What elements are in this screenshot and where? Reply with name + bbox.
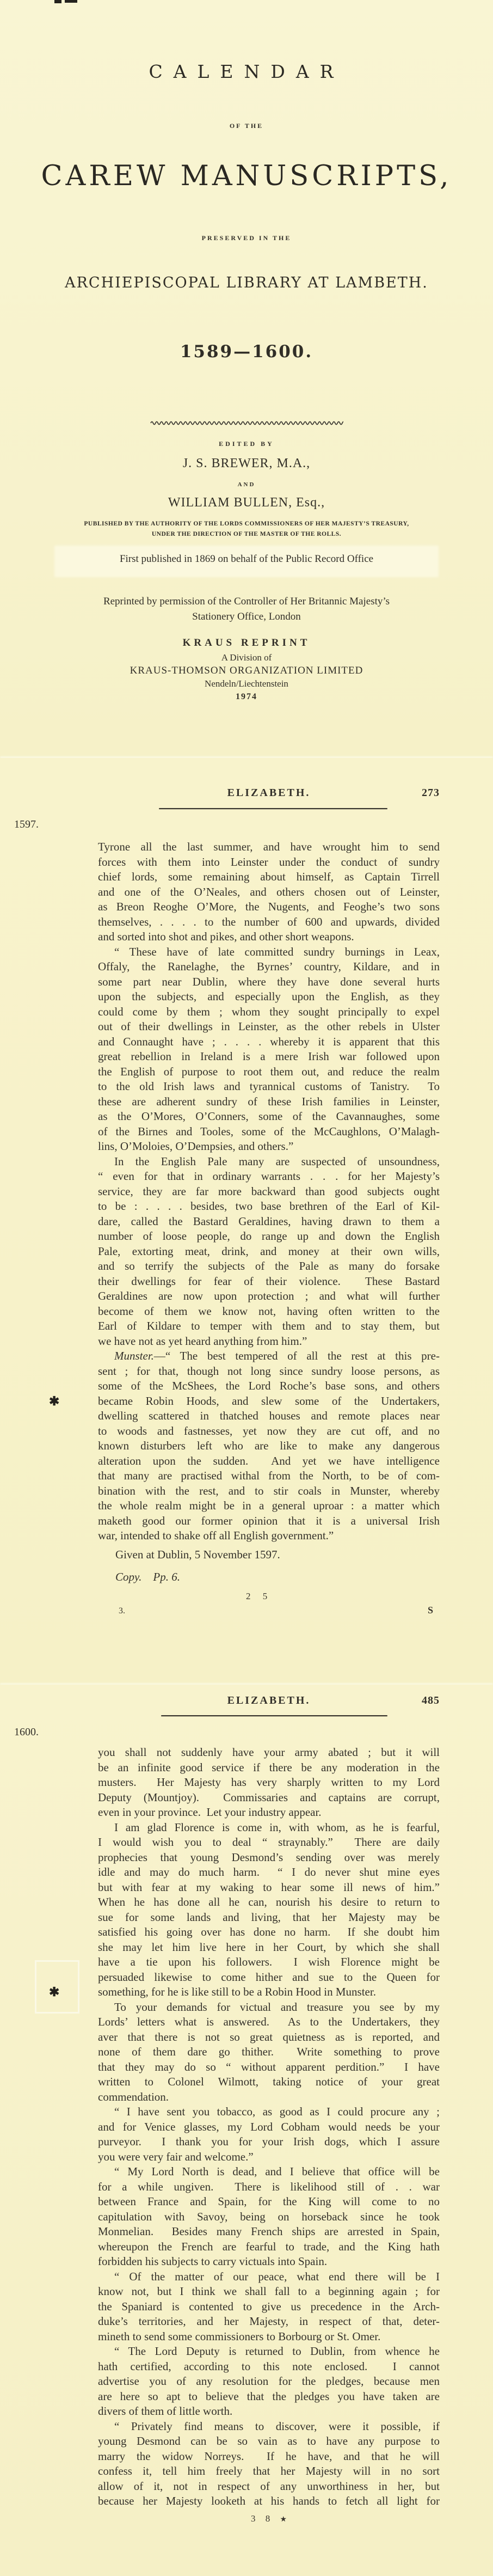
text-line: lins, O’Moloies, O’Dempsies, and others.… (98, 1139, 440, 1154)
edited-by-label: EDITED BY (0, 440, 493, 448)
text-line: to the old Irish laws and tyrannical cus… (98, 1079, 440, 1094)
italic-place-label: Munster. (114, 1349, 154, 1362)
scan-artifact (54, 0, 61, 3)
text-line: out of their dwellings in Leinster, as t… (98, 1019, 440, 1035)
text-line: purveyor. I thank you for your Irish dog… (98, 2134, 440, 2150)
text-line: Lords’ letters what is answered. As to t… (98, 2015, 440, 2030)
text-line: duke’s territories, and her Majesty, in … (98, 2314, 440, 2329)
text-line: you shall not suddenly have your army ab… (98, 1745, 440, 1760)
kraus-reprint-imprint: KRAUS REPRINT (0, 637, 493, 649)
signature-numbers: 3 8 (251, 2513, 274, 2524)
text-line: To your demands for victual and treasure… (98, 2000, 440, 2015)
text-line: dwelling scattered in thatched houses an… (98, 1409, 440, 1424)
text-line: and for Venice glasses, my Lord Cobham w… (98, 2120, 440, 2135)
date-range: 1589—1600. (0, 342, 493, 362)
margin-year: 1600. (14, 1726, 39, 1739)
text-line: marry the widow Norreys. If he have, and… (98, 2449, 440, 2464)
first-published-note: First published in 1869 on behalf of the… (0, 553, 493, 565)
margin-year: 1597. (14, 818, 39, 831)
text-line: some of the McShees, the Lord Roche’s ba… (98, 1379, 440, 1394)
text-line: written to Colonel Wilmott, taking notic… (98, 2075, 440, 2090)
text-line: are here so apt to believe that the pled… (98, 2389, 440, 2404)
text-line: and Connaught have ; . . . . whereby it … (98, 1035, 440, 1050)
text-line: “ Privately find means to discover, were… (98, 2419, 440, 2434)
text-line: known disturbers left who are like to ma… (98, 1439, 440, 1454)
signature-mark: 3 8 ★ (98, 2513, 440, 2524)
text-line: because her Majesty looketh at his hands… (98, 2494, 440, 2509)
text-line: to woods and fastnesses, yet now they ar… (98, 1424, 440, 1439)
and-label: AND (0, 481, 493, 488)
authority-statement-line2: UNDER THE DIRECTION OF THE MASTER OF THE… (0, 531, 493, 537)
squiggle-divider (150, 420, 343, 426)
text-line: advertise you of any resolution for the … (98, 2374, 440, 2389)
page-number: 273 (422, 787, 440, 799)
of-the-label: OF THE (0, 122, 493, 130)
text-line: Munster.—“ The best tempered of all the … (98, 1349, 440, 1364)
text-line: maketh good our former opinion that it i… (98, 1514, 440, 1529)
text-line: become of them we know not, having often… (98, 1304, 440, 1319)
text-line: know not, but I think we shall fall to a… (98, 2284, 440, 2299)
page-273: ELIZABETH. 273 1597. Tyrone all the last… (0, 758, 493, 1685)
text-line: hath certified, according to this note e… (98, 2359, 440, 2375)
reprint-year: 1974 (0, 692, 493, 702)
book-title-line2: CAREW MANUSCRIPTS, (0, 160, 493, 192)
scanned-book-page: CALENDAR OF THE CAREW MANUSCRIPTS, PRESE… (0, 0, 493, 2576)
text-line: that they may do so “ without apparent p… (98, 2060, 440, 2075)
text-line: musters. Her Majesty has very sharply wr… (98, 1775, 440, 1790)
editor-bullen: WILLIAM BULLEN, Esq., (0, 495, 493, 510)
text-line: forbidden his subjects to carry victuals… (98, 2254, 440, 2269)
library-name: ARCHIEPISCOPAL LIBRARY AT LAMBETH. (0, 274, 493, 291)
text-line: even in your province. Let your industry… (98, 1805, 440, 1820)
text-line: you were very fair and welcome.” (98, 2150, 440, 2165)
text-line: commendation. (98, 2090, 440, 2105)
text-line: mineth to send some commissioners to Bor… (98, 2329, 440, 2345)
margin-asterisk-icon: ✱ (49, 1394, 59, 1409)
signature-mark-center: 2 5 (246, 1591, 272, 1602)
text-line: capitulation with Savoy, being on horseb… (98, 2210, 440, 2225)
text-line: she may let him live here in her Court, … (98, 1940, 440, 1955)
text-line: Geraldines are now upon protection ; and… (98, 1289, 440, 1304)
reprint-permission-line1: Reprinted by permission of the Controlle… (0, 596, 493, 608)
text-line: I am glad Florence is come in, with whom… (98, 1820, 440, 1835)
text-line: “ These have of late committed sundry bu… (98, 945, 440, 960)
text-line: idle and may do much harm. “ I do never … (98, 1865, 440, 1880)
organization-name: KRAUS-THOMSON ORGANIZATION LIMITED (0, 665, 493, 677)
text-line: service, they are far more backward than… (98, 1184, 440, 1200)
imprint-location: Nendeln/Liechtenstein (0, 678, 493, 689)
text-line: that many are practised withal from the … (98, 1468, 440, 1484)
text-line: for a while ungiven. There is likelihood… (98, 2180, 440, 2195)
division-of-label: A Division of (0, 652, 493, 663)
text-line: aver that there is not so great quietnes… (98, 2030, 440, 2045)
preserved-in-the-label: PRESERVED IN THE (0, 234, 493, 242)
text-line: the whole realm might be in a general up… (98, 1498, 440, 1514)
text-line: have a tie upon his followers. I wish Fl… (98, 1955, 440, 1970)
signature-star-icon: ★ (280, 2516, 287, 2524)
text-line: In the English Pale many are suspected o… (98, 1154, 440, 1170)
text-line: young Desmond can be so vain as to have … (98, 2434, 440, 2449)
text-line: satisfied his going over has done no har… (98, 1925, 440, 1940)
text-line: “ Of the matter of our peace, what end t… (98, 2269, 440, 2285)
source-note: Copy. Pp. 6. (98, 1570, 440, 1585)
text-line: sent ; for that, though not long since s… (98, 1364, 440, 1379)
text-line: and sorted into shot and pikes, and othe… (98, 929, 440, 945)
text-line: bination with the rest, and to stir coal… (98, 1484, 440, 1499)
text-line: these are adherent sundry of these Irish… (98, 1094, 440, 1110)
text-line: great rebellion in Ireland is a mere Iri… (98, 1049, 440, 1064)
text-line: forces with them into Leinster under the… (98, 855, 440, 870)
text-line: Earl of Kildare to temper with them and … (98, 1319, 440, 1334)
text-line: we have not as yet heard anything from h… (98, 1334, 440, 1349)
text-line: to be : . . . . besides, two base brethr… (98, 1199, 440, 1214)
text-line: number of loose people, do range up and … (98, 1229, 440, 1244)
dateline-block: Given at Dublin, 5 November 1597. Copy. … (98, 1544, 440, 1585)
text-line: something, for he is like still to be a … (98, 1985, 440, 2000)
text-line: Deputy (Mountjoy). Commissaries and capt… (98, 1790, 440, 1806)
text-line: but with fear at my waking to hear some … (98, 1880, 440, 1895)
text-line: “ The Lord Deputy is returned to Dublin,… (98, 2344, 440, 2359)
text-line: dare, called the Bastard Geraldines, hav… (98, 1214, 440, 1229)
dateline: Given at Dublin, 5 November 1597. (98, 1547, 440, 1563)
text-line: as Breon Reoghe O’More, the Nugents, and… (98, 900, 440, 915)
text-line: When he has done all he can, nourish his… (98, 1895, 440, 1910)
text-line: none of them dare go thither. Write some… (98, 2045, 440, 2060)
text-line: I would wish you to deal “ straynably.” … (98, 1835, 440, 1850)
scan-artifact (65, 0, 77, 3)
page-485: ELIZABETH. 485 1600. you shall not sudde… (0, 1685, 493, 2576)
text-line: the Spaniard is contented to give us pre… (98, 2299, 440, 2315)
text-line: whereupon the French are fearful to trad… (98, 2240, 440, 2255)
text-line: and so terrify the subjects of the Pale … (98, 1259, 440, 1274)
reprint-permission-line2: Stationery Office, London (0, 611, 493, 623)
page-number: 485 (422, 1694, 440, 1707)
text-line: their dwellings for fear of their violen… (98, 1274, 440, 1289)
header-rule (159, 808, 387, 809)
text-line: “ I have sent you tobacco, as good as I … (98, 2104, 440, 2120)
header-rule (161, 1715, 387, 1716)
running-head: ELIZABETH. (98, 787, 440, 799)
text-line: sue for some lands and living, that her … (98, 1910, 440, 1925)
text-line: war, intended to shake off all English g… (98, 1528, 440, 1544)
text-line: some part near Dublin, where they have d… (98, 975, 440, 990)
text-line: themselves, . . . . to the number of 600… (98, 915, 440, 930)
text-line: prophecies that young Desmond’s sending … (98, 1850, 440, 1865)
text-line: Tyrone all the last summer, and have wro… (98, 840, 440, 855)
text-line: alteration upon the sudden. And yet we h… (98, 1454, 440, 1469)
text-line: be an infinite good service if there be … (98, 1760, 440, 1776)
editor-brewer: J. S. BREWER, M.A., (0, 456, 493, 471)
signature-mark-right: S (428, 1605, 433, 1616)
scan-artifact-box (35, 1960, 79, 2014)
text-line: upon the subjects, and especially upon t… (98, 989, 440, 1005)
signature-mark-left: 3. (119, 1606, 125, 1616)
body-text: Tyrone all the last summer, and have wro… (98, 840, 440, 1544)
text-line: between France and Spain, for the King w… (98, 2194, 440, 2210)
text-line: divers of them of little worth. (98, 2404, 440, 2419)
book-title-line1: CALENDAR (0, 61, 493, 82)
text-line: chief lords, some remaining about himsel… (98, 870, 440, 885)
text-line: persuaded likewise to come hither and su… (98, 1970, 440, 1985)
text-line: as the O’Mores, O’Conners, some of the C… (98, 1109, 440, 1124)
text-line: Offaly, the Ranelaghe, the Byrnes’ count… (98, 959, 440, 975)
running-head: ELIZABETH. (98, 1694, 440, 1707)
text-line: of the Birnes and Tooles, some of the Mc… (98, 1124, 440, 1140)
title-page: CALENDAR OF THE CAREW MANUSCRIPTS, PRESE… (0, 0, 493, 758)
text-line: the English of purpose to root them out,… (98, 1064, 440, 1080)
text-line: allow of it, not in respect of any unwor… (98, 2479, 440, 2494)
text-line: “ even for that in ordinary warrants . .… (98, 1169, 440, 1184)
text-line: Pale, extorting meat, drink, and money a… (98, 1244, 440, 1259)
text-line: “ My Lord North is dead, and I believe t… (98, 2164, 440, 2180)
text-line: became Robin Hoods, and slew some of the… (98, 1394, 440, 1409)
body-text: you shall not suddenly have your army ab… (98, 1745, 440, 2509)
text-line: Monmelian. Besides many French ships are… (98, 2224, 440, 2240)
authority-statement-line1: PUBLISHED BY THE AUTHORITY OF THE LORDS … (0, 521, 493, 527)
text-line: could come by them ; whom they sought pr… (98, 1005, 440, 1020)
text-line: confess it, tell him freely that her Maj… (98, 2464, 440, 2479)
text-line: and one of the O’Neales, and others chos… (98, 885, 440, 900)
